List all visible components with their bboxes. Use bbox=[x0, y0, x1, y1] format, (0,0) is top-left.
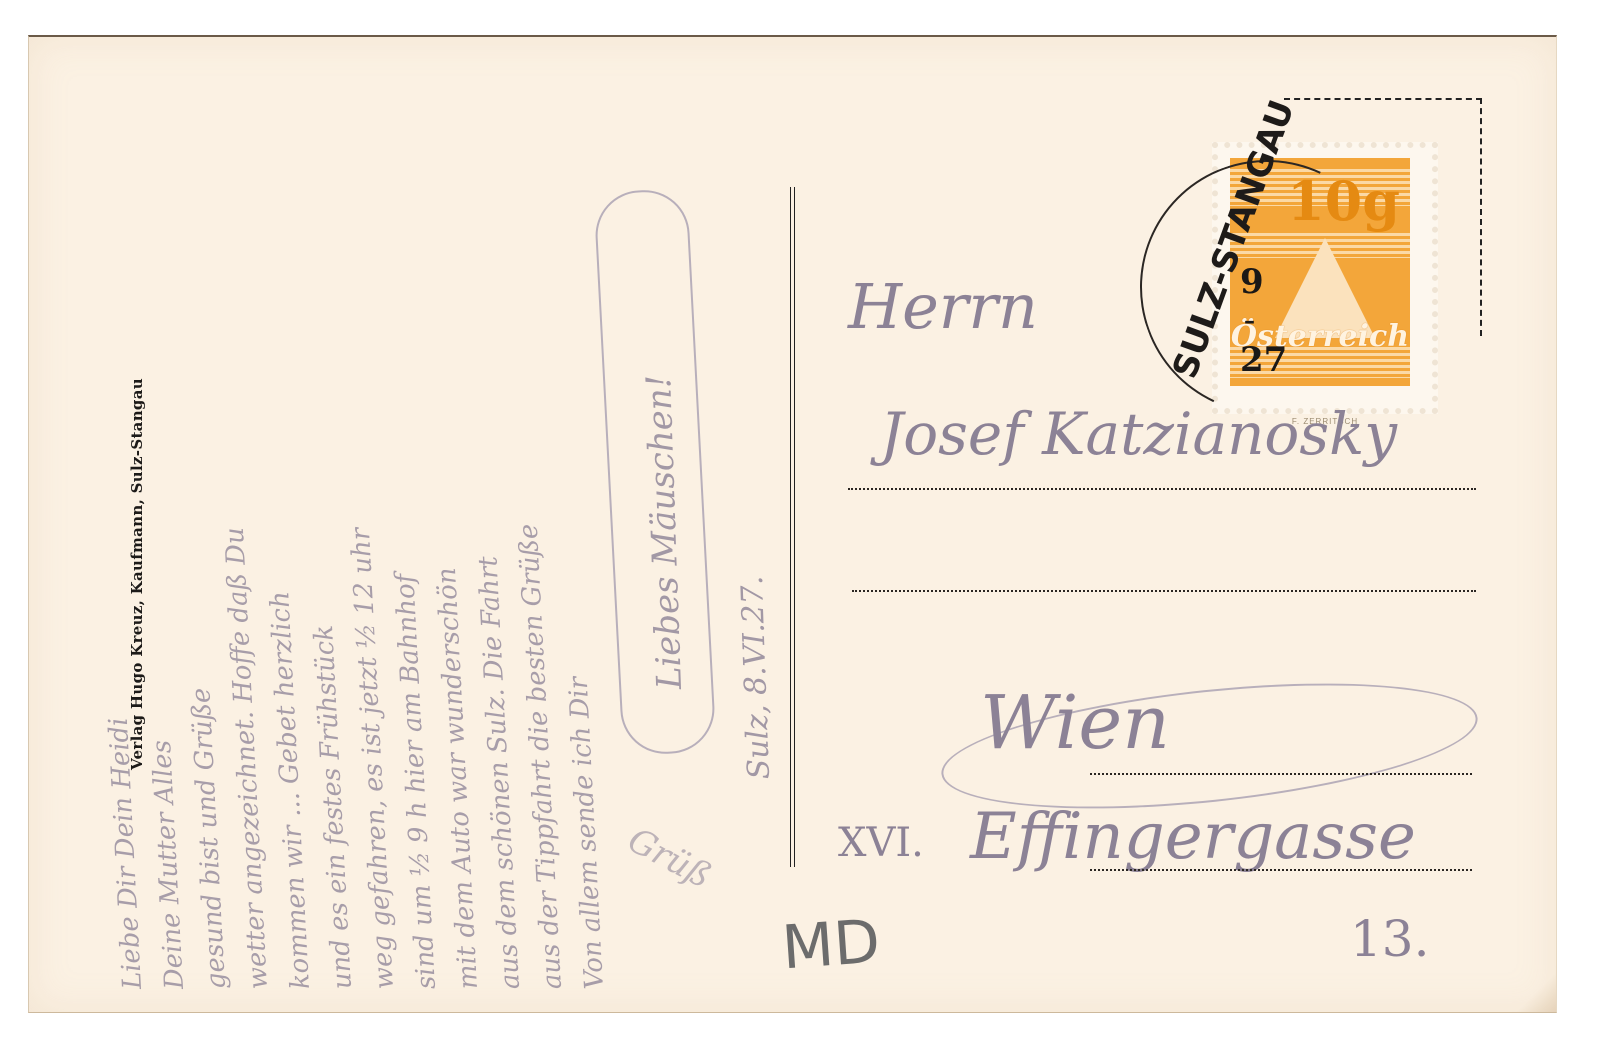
address-line-2 bbox=[852, 590, 1476, 592]
address-line-4 bbox=[1090, 869, 1472, 871]
address-prefix: Herrn bbox=[848, 270, 1038, 343]
address-line-1 bbox=[848, 488, 1476, 490]
postmark-month: – bbox=[1244, 308, 1255, 334]
address-line-3 bbox=[1090, 773, 1472, 775]
message-address-divider bbox=[790, 187, 795, 867]
address-name: Josef Katzianosky bbox=[880, 400, 1397, 468]
publisher-imprint: Verlag Hugo Kreuz, Kaufmann, Sulz-Stanga… bbox=[128, 378, 146, 770]
message-place-date: Sulz, 8.VI.27. bbox=[735, 575, 777, 780]
pencil-annotation: MD bbox=[780, 907, 883, 984]
address-city: Wien bbox=[980, 680, 1170, 766]
address-district: XVI. bbox=[838, 820, 924, 866]
postmark-day: 9 bbox=[1240, 262, 1264, 302]
address-street: Effingergasse bbox=[970, 800, 1416, 874]
address-number: 13. bbox=[1350, 910, 1430, 968]
postmark-year: 27 bbox=[1240, 340, 1287, 380]
